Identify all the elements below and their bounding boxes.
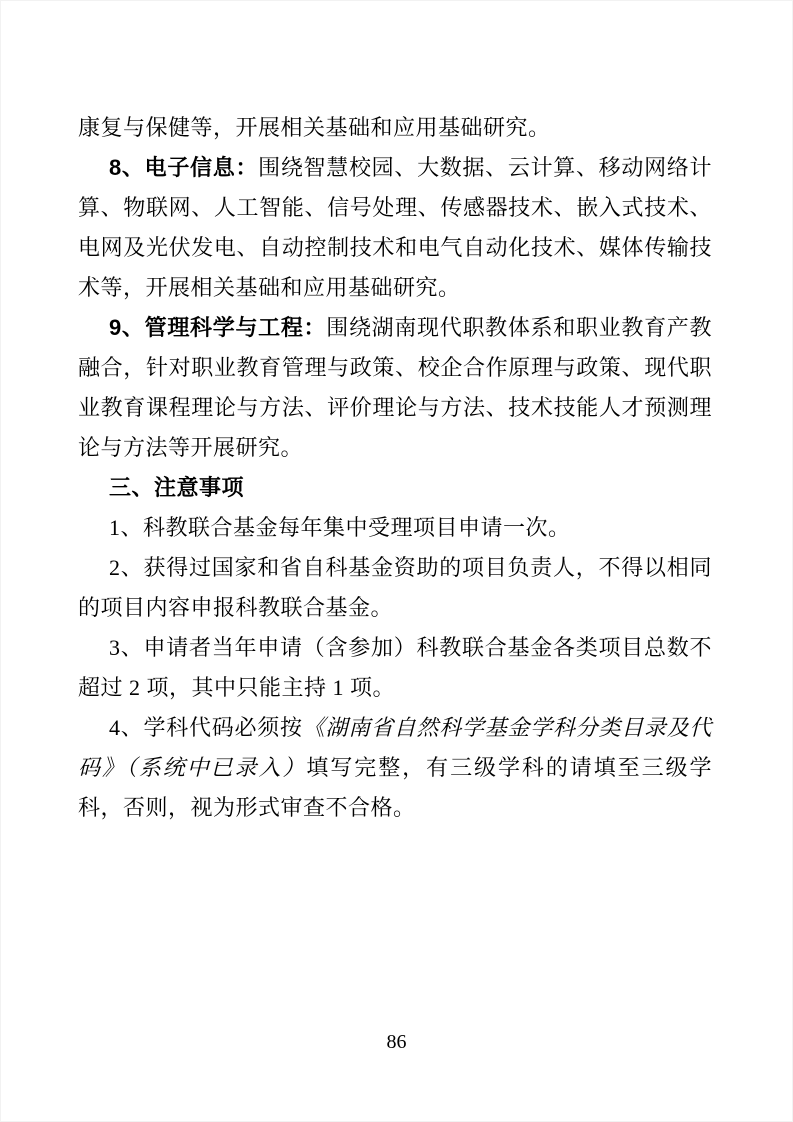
text-segment: 康复与保健等，开展相关基础和应用基础研究。 (78, 115, 551, 140)
paragraph: 2、获得过国家和省自科基金资助的项目负责人，不得以相同的项目内容申报科教联合基金… (78, 548, 712, 628)
text-segment: 8、电子信息： (109, 155, 258, 180)
paragraph: 8、电子信息：围绕智慧校园、大数据、云计算、移动网络计算、物联网、人工智能、信号… (78, 148, 712, 308)
paragraph: 9、管理科学与工程：围绕湖南现代职教体系和职业教育产教融合，针对职业教育管理与政… (78, 308, 712, 468)
section-heading: 三、注意事项 (78, 468, 712, 508)
text-segment: 3、申请者当年申请（含参加）科教联合基金各类项目总数不超过 2 项，其中只能主持… (78, 635, 712, 700)
paragraph: 康复与保健等，开展相关基础和应用基础研究。 (78, 108, 712, 148)
text-segment: 三、注意事项 (109, 475, 244, 500)
document-page: 康复与保健等，开展相关基础和应用基础研究。8、电子信息：围绕智慧校园、大数据、云… (0, 0, 793, 1122)
text-segment: 4、学科代码必须按 (109, 715, 303, 740)
text-segment: 2、获得过国家和省自科基金资助的项目负责人，不得以相同的项目内容申报科教联合基金… (78, 555, 712, 620)
text-segment: 1、科教联合基金每年集中受理项目申请一次。 (109, 515, 571, 540)
paragraph: 1、科教联合基金每年集中受理项目申请一次。 (78, 508, 712, 548)
document-body: 康复与保健等，开展相关基础和应用基础研究。8、电子信息：围绕智慧校园、大数据、云… (0, 0, 793, 828)
paragraph: 3、申请者当年申请（含参加）科教联合基金各类项目总数不超过 2 项，其中只能主持… (78, 628, 712, 708)
page-number: 86 (0, 1030, 793, 1054)
text-segment: 9、管理科学与工程： (109, 315, 326, 340)
paragraph: 4、学科代码必须按《湖南省自然科学基金学科分类目录及代码》（系统中已录入）填写完… (78, 708, 712, 828)
